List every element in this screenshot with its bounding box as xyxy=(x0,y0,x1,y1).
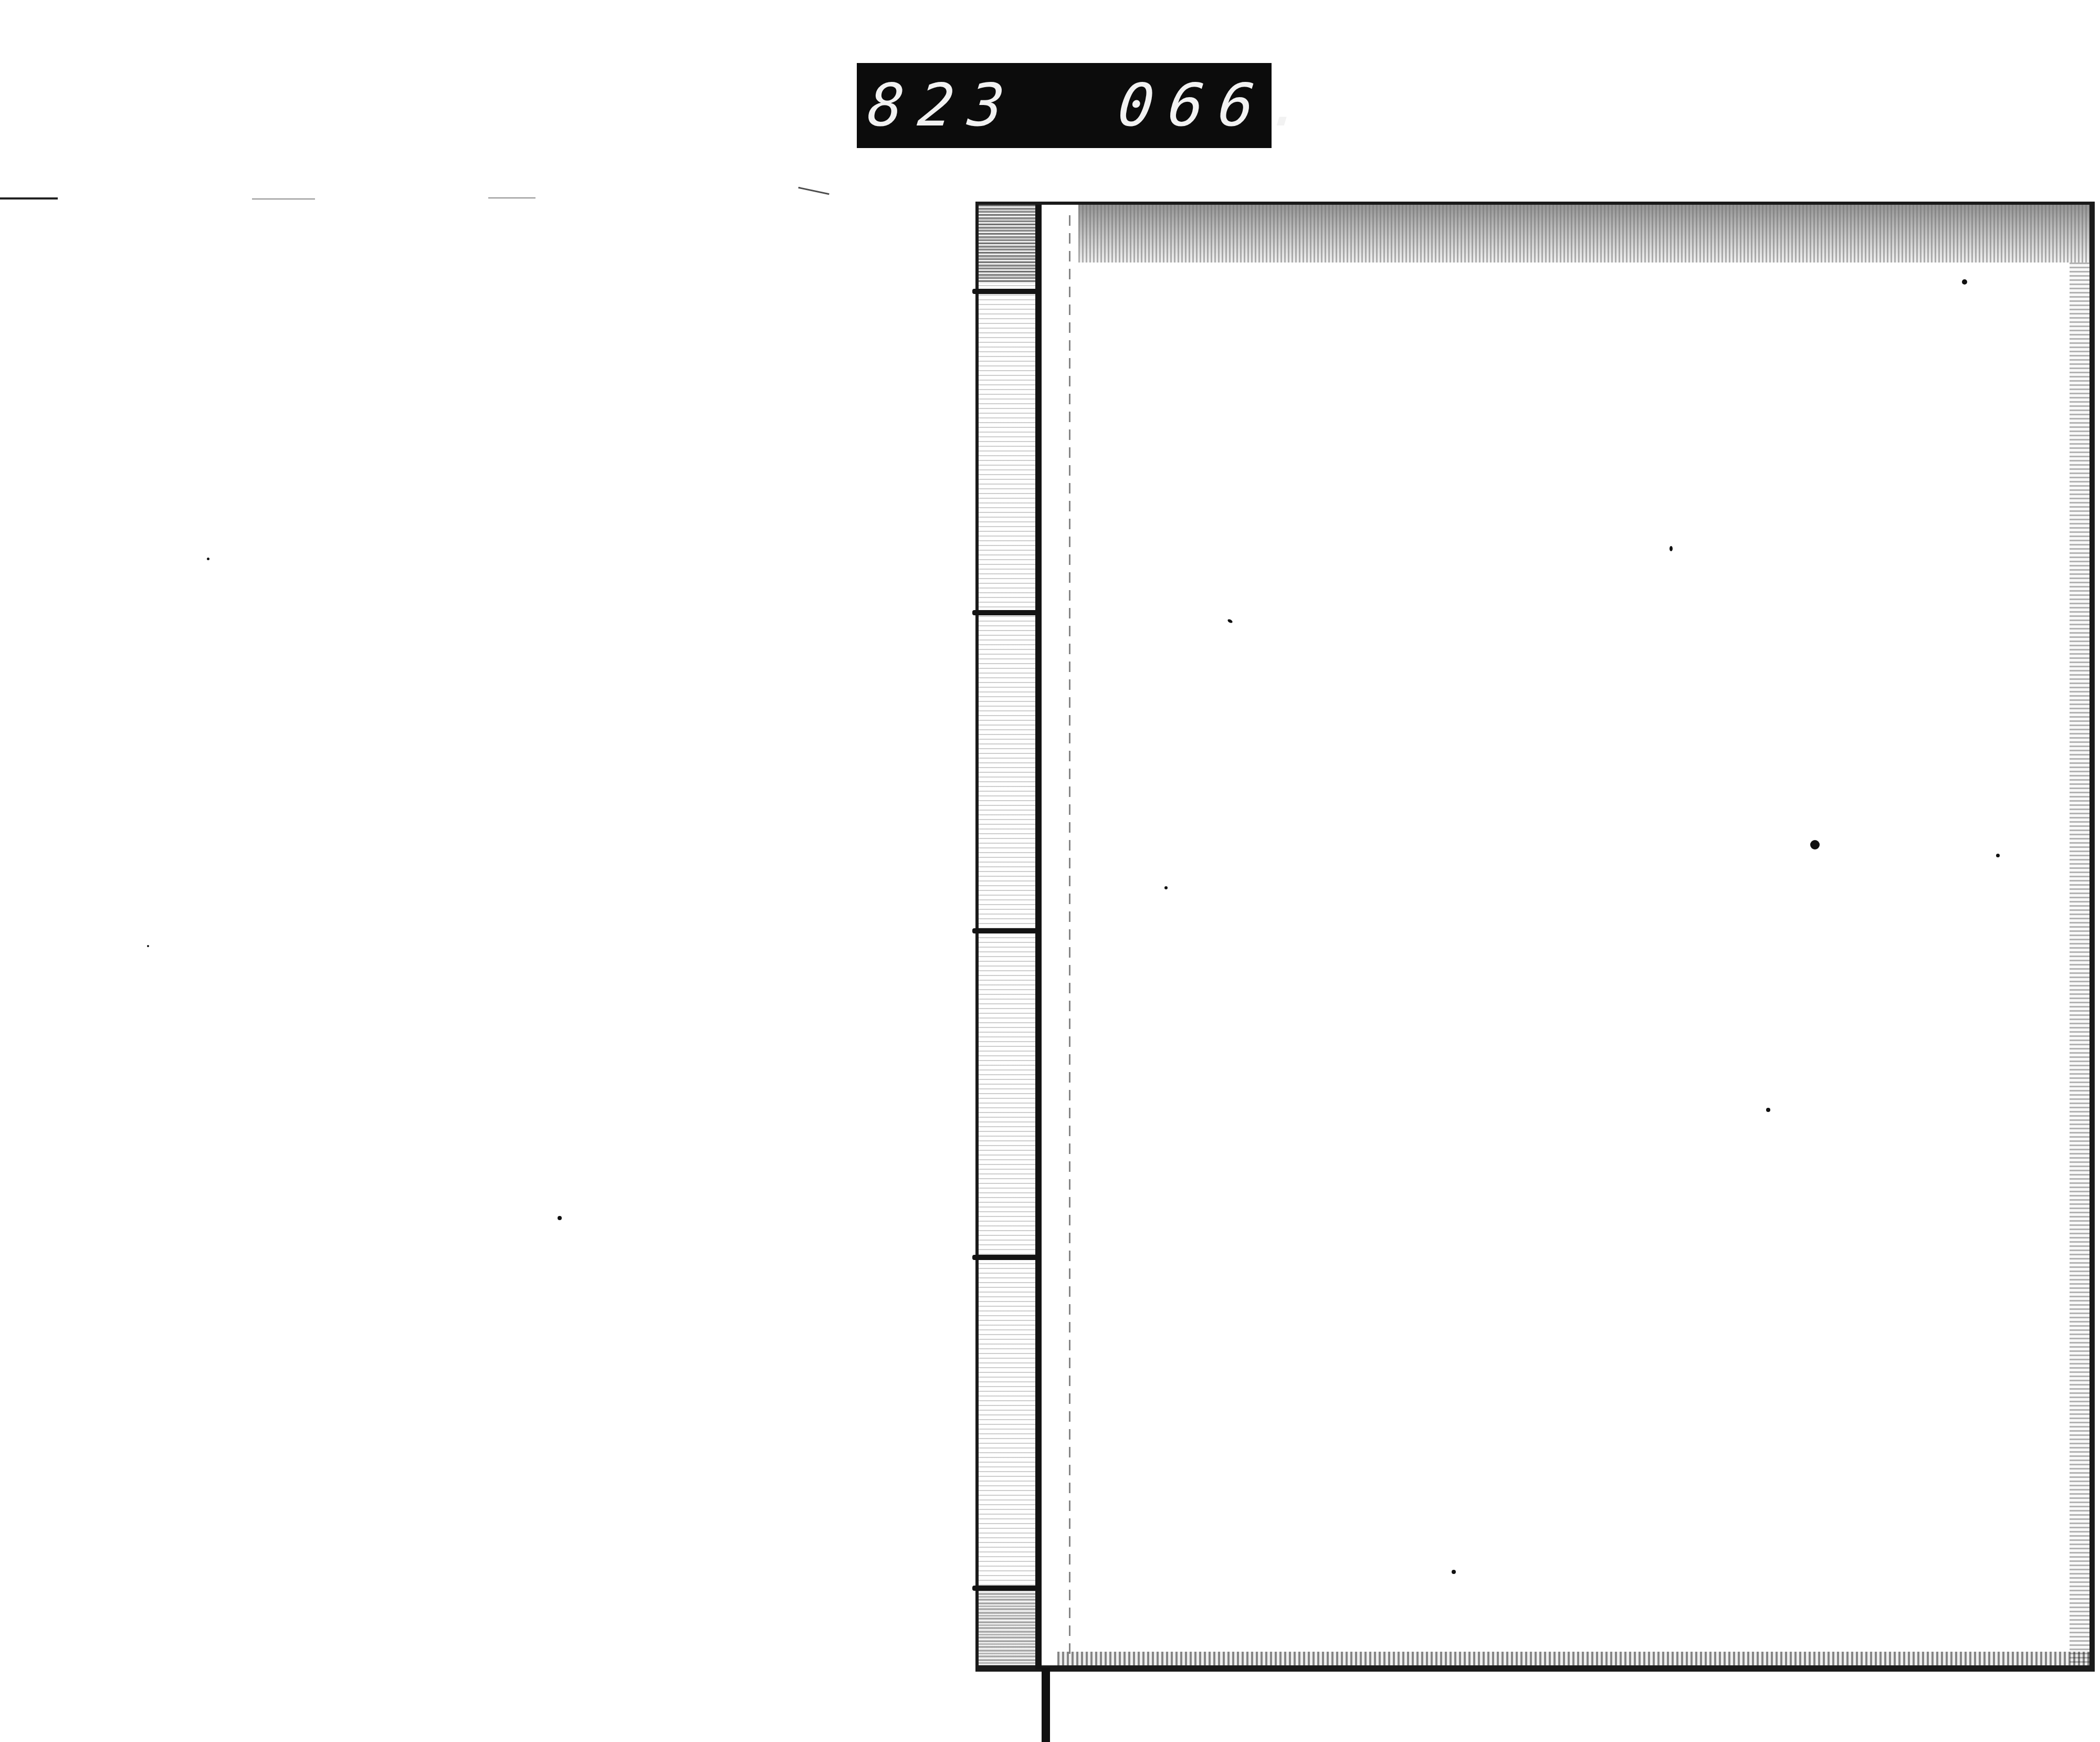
book-cover xyxy=(975,202,2095,1672)
cover-right-edge-wear xyxy=(2070,263,2089,1665)
scan-artifact-line xyxy=(488,197,535,198)
hanging-thread-end xyxy=(1042,1667,1050,1742)
dust-speck xyxy=(1962,279,1967,285)
cover-bottom-edge-wear xyxy=(1057,1652,2089,1665)
spine-strip xyxy=(979,205,1037,1665)
spine-top-corner-cap xyxy=(979,205,1037,284)
dust-speck xyxy=(558,1216,562,1220)
cover-top-wear xyxy=(1078,205,2089,263)
binding-stitch xyxy=(972,610,1042,615)
spine-bottom-corner-cap xyxy=(979,1587,1037,1665)
dust-speck xyxy=(1996,854,2000,857)
binding-stitch xyxy=(972,289,1042,294)
dust-speck xyxy=(207,558,209,560)
dust-speck xyxy=(1452,1570,1456,1574)
dust-speck xyxy=(147,945,149,947)
binding-stitch xyxy=(972,1255,1042,1260)
binding-stitch xyxy=(972,928,1042,933)
frame-counter-digits: 823066. xyxy=(865,76,1322,135)
spine-binding-thread xyxy=(1035,205,1042,1670)
binding-stitch xyxy=(972,1586,1042,1591)
scan-artifact-line xyxy=(0,197,58,200)
dust-speck xyxy=(1766,1108,1770,1112)
dust-speck xyxy=(1669,546,1673,551)
microfilm-frame-counter: 823066. xyxy=(857,63,1272,148)
dust-speck xyxy=(1164,886,1168,889)
frame-number: 066. xyxy=(1115,71,1322,140)
dust-speck xyxy=(1810,840,1820,849)
cover-fold-line xyxy=(1069,215,1070,1655)
scan-artifact-line xyxy=(798,187,829,195)
reel-number: 823 xyxy=(865,71,1022,140)
scan-artifact-line xyxy=(252,198,315,200)
